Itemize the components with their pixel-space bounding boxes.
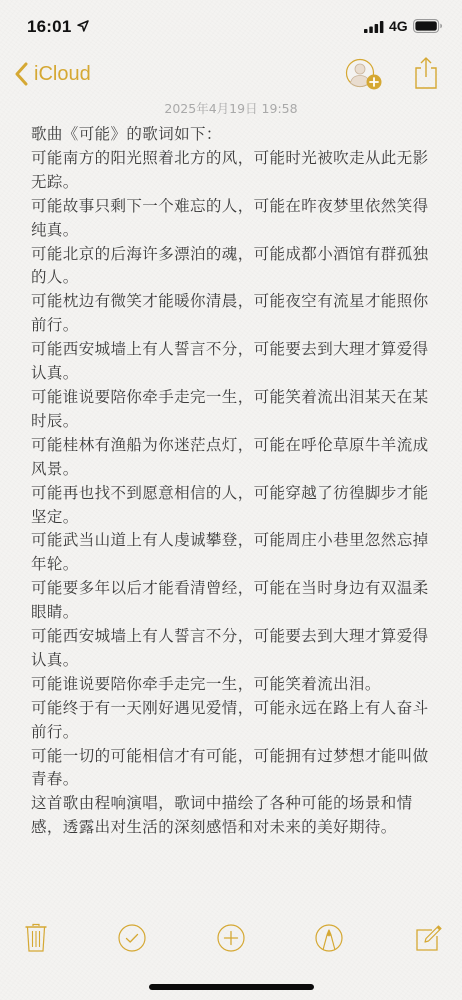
note-line: 歌曲《可能》的歌词如下： xyxy=(31,123,431,147)
note-line: 可能谁说要陪你牵手走完一生，可能笑着流出泪某天在某时辰。 xyxy=(31,386,431,434)
checkmark-circle-icon xyxy=(117,923,147,953)
note-line: 可能故事只剩下一个难忘的人，可能在昨夜梦里依然笑得纯真。 xyxy=(31,195,431,243)
notes-screen: 16:01 4G iCloud xyxy=(0,0,462,1000)
note-line: 可能武当山道上有人虔诚攀登，可能周庄小巷里忽然忘掉年轮。 xyxy=(31,529,431,577)
chevron-left-icon xyxy=(14,62,28,86)
signal-bars-icon xyxy=(364,21,384,33)
note-line: 可能再也找不到愿意相信的人，可能穿越了彷徨脚步才能坚定。 xyxy=(31,482,431,530)
note-line: 可能要多年以后才能看清曾经，可能在当时身边有双温柔眼睛。 xyxy=(31,577,431,625)
note-line: 可能终于有一天刚好遇见爱情，可能永远在路上有人奋斗前行。 xyxy=(31,697,431,745)
trash-icon xyxy=(24,923,48,953)
back-label: iCloud xyxy=(34,63,91,86)
compose-button[interactable] xyxy=(413,922,445,954)
note-line: 这首歌由程响演唱，歌词中描绘了各种可能的场景和情感，透露出对生活的深刻感悟和对未… xyxy=(31,792,431,840)
status-time: 16:01 xyxy=(27,17,71,37)
note-date: 2025年4月19日 19:58 xyxy=(0,99,462,117)
location-arrow-icon xyxy=(77,20,89,32)
note-line: 可能谁说要陪你牵手走完一生，可能笑着流出泪。 xyxy=(31,673,431,697)
note-line: 可能西安城墙上有人誓言不分，可能要去到大理才算爱得认真。 xyxy=(31,338,431,386)
status-bar: 16:01 4G xyxy=(0,0,462,52)
bottom-toolbar xyxy=(0,918,462,958)
checklist-button[interactable] xyxy=(116,922,148,954)
share-icon[interactable] xyxy=(412,56,440,90)
compose-icon xyxy=(414,923,444,953)
back-button[interactable]: iCloud xyxy=(14,60,91,88)
note-line: 可能桂林有渔船为你迷茫点灯，可能在呼伦草原牛羊流成风景。 xyxy=(31,434,431,482)
note-line: 可能一切的可能相信才有可能，可能拥有过梦想才能叫做青春。 xyxy=(31,745,431,793)
note-line: 可能北京的后海许多漂泊的魂，可能成都小酒馆有群孤独的人。 xyxy=(31,243,431,291)
note-line: 可能南方的阳光照着北方的风，可能时光被吹走从此无影无踪。 xyxy=(31,147,431,195)
markup-pen-icon xyxy=(314,923,344,953)
add-button[interactable] xyxy=(215,922,247,954)
delete-button[interactable] xyxy=(20,922,52,954)
home-indicator[interactable] xyxy=(149,984,314,990)
plus-circle-icon xyxy=(216,923,246,953)
markup-button[interactable] xyxy=(313,922,345,954)
navigation-bar: iCloud xyxy=(0,52,462,96)
note-body[interactable]: 歌曲《可能》的歌词如下： 可能南方的阳光照着北方的风，可能时光被吹走从此无影无踪… xyxy=(31,123,431,840)
add-person-icon[interactable] xyxy=(344,58,384,92)
note-line: 可能西安城墙上有人誓言不分，可能要去到大理才算爱得认真。 xyxy=(31,625,431,673)
note-line: 可能枕边有微笑才能暖你清晨，可能夜空有流星才能照你前行。 xyxy=(31,290,431,338)
network-type: 4G xyxy=(389,18,408,34)
battery-icon xyxy=(413,19,443,33)
